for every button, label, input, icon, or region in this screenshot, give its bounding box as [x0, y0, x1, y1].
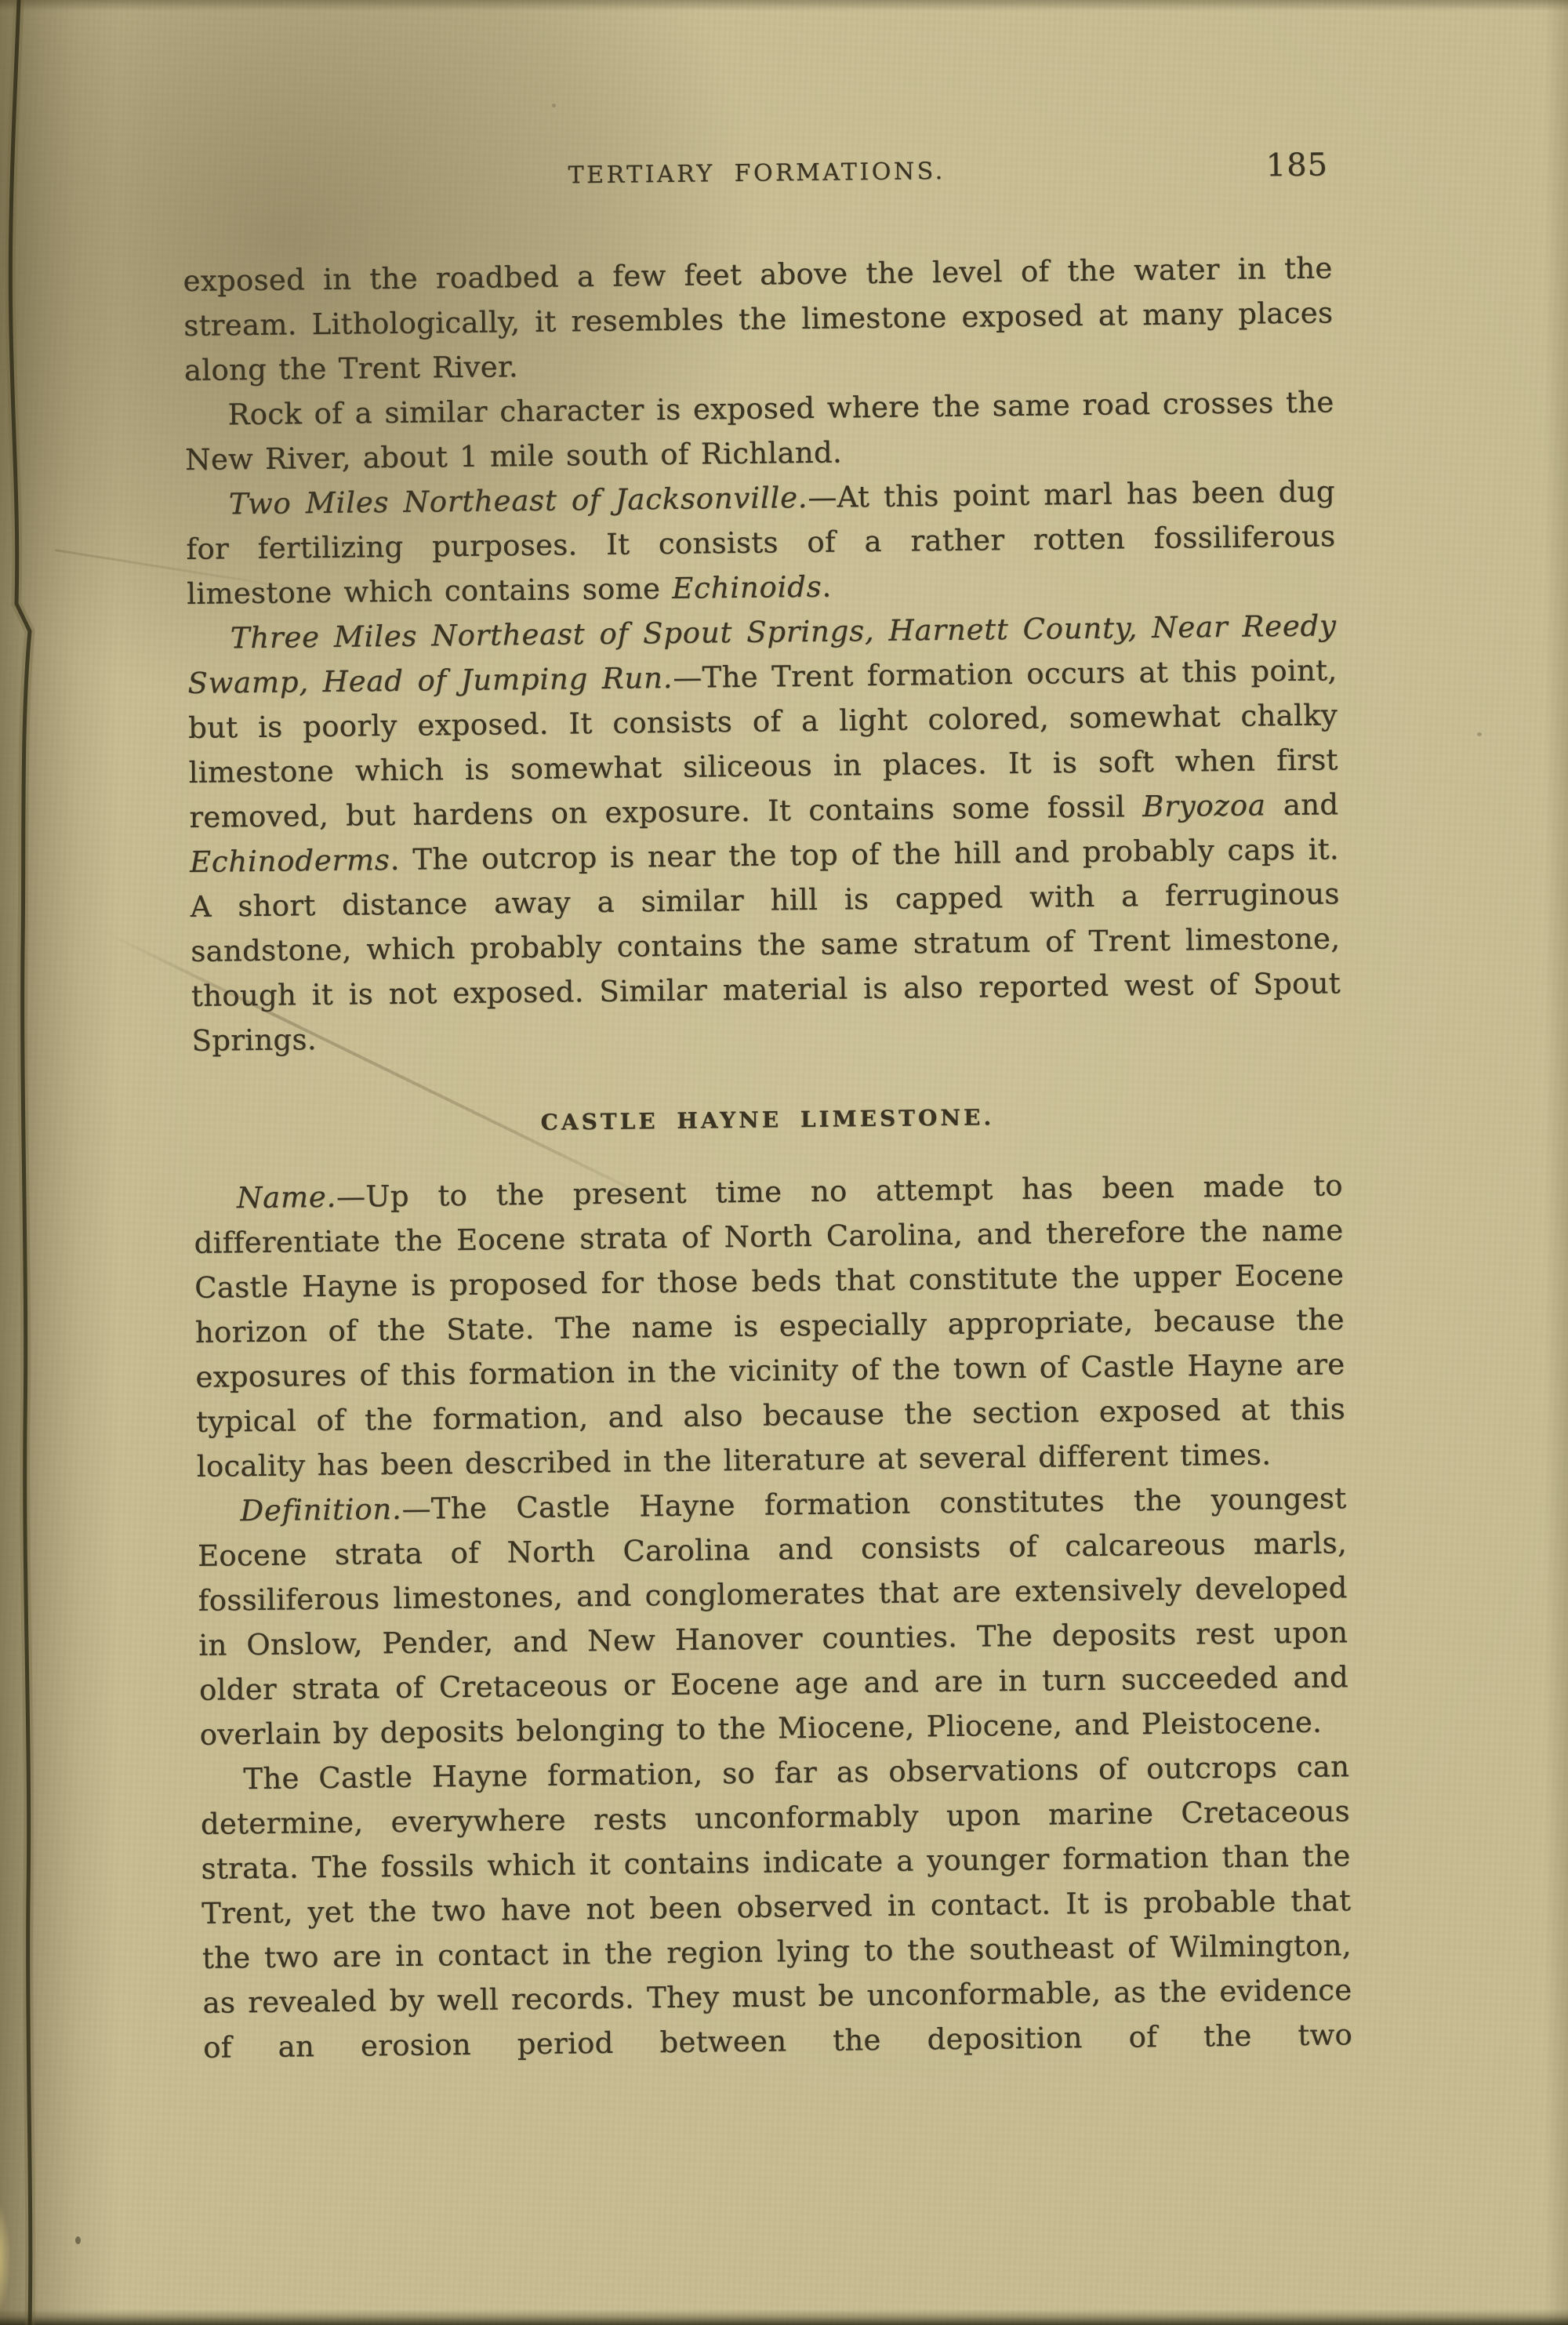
- running-head-title: TERTIARY FORMATIONS.: [182, 153, 1331, 194]
- paragraph: Name.—Up to the present time no attempt …: [194, 1163, 1346, 1489]
- scanned-book-page: TERTIARY FORMATIONS. 185 exposed in the …: [0, 0, 1568, 2325]
- paragraph: Definition.—The Castle Hayne formation c…: [197, 1476, 1349, 1757]
- text-run: .: [822, 570, 832, 604]
- ink-speck: [552, 104, 556, 107]
- italic-text-run: Echinoids: [672, 570, 822, 605]
- bottom-left-page-edge-highlight: [0, 2200, 11, 2317]
- page-header: TERTIARY FORMATIONS. 185: [182, 153, 1331, 202]
- section-heading: CASTLE HAYNE LIMESTONE.: [193, 1091, 1343, 1149]
- text-run: exposed in the roadbed a few feet above …: [183, 251, 1333, 387]
- italic-text-run: Name.: [237, 1180, 337, 1215]
- binding-gutter-shadow: [0, 0, 118, 2325]
- italic-text-run: Bryozoa: [1142, 788, 1266, 823]
- ink-speck: [1477, 732, 1482, 736]
- text-run: Rock of a similar character is exposed w…: [185, 385, 1334, 477]
- italic-text-run: Echinoderms: [190, 843, 390, 879]
- paragraph: Two Miles Northeast of Jacksonville.—At …: [186, 469, 1337, 616]
- ink-speck: [75, 2236, 81, 2244]
- paragraph: exposed in the roadbed a few feet above …: [183, 245, 1334, 393]
- paragraph: Rock of a similar character is exposed w…: [184, 380, 1334, 482]
- body-text-lower: Name.—Up to the present time no attempt …: [194, 1163, 1353, 2070]
- right-edge-shadow: [1544, 0, 1568, 2325]
- italic-text-run: Definition.: [240, 1492, 402, 1528]
- printed-text-block: TERTIARY FORMATIONS. 185 exposed in the …: [182, 153, 1352, 2069]
- bottom-edge-shadow: [0, 2309, 1568, 2325]
- paragraph: Three Miles Northeast of Spout Springs, …: [187, 603, 1341, 1063]
- text-run: and: [1265, 787, 1338, 822]
- body-text-upper: exposed in the roadbed a few feet above …: [183, 245, 1341, 1063]
- text-run: —Up to the present time no attempt has b…: [194, 1168, 1345, 1484]
- italic-text-run: Two Miles Northeast of Jacksonville.: [229, 481, 808, 521]
- page-number: 185: [1265, 147, 1328, 183]
- top-edge-shadow: [0, 0, 1568, 11]
- text-run: The Castle Hayne formation, so far as ob…: [201, 1749, 1353, 2065]
- paragraph: The Castle Hayne formation, so far as ob…: [200, 1744, 1352, 2070]
- binding-crack-line: [0, 0, 63, 2325]
